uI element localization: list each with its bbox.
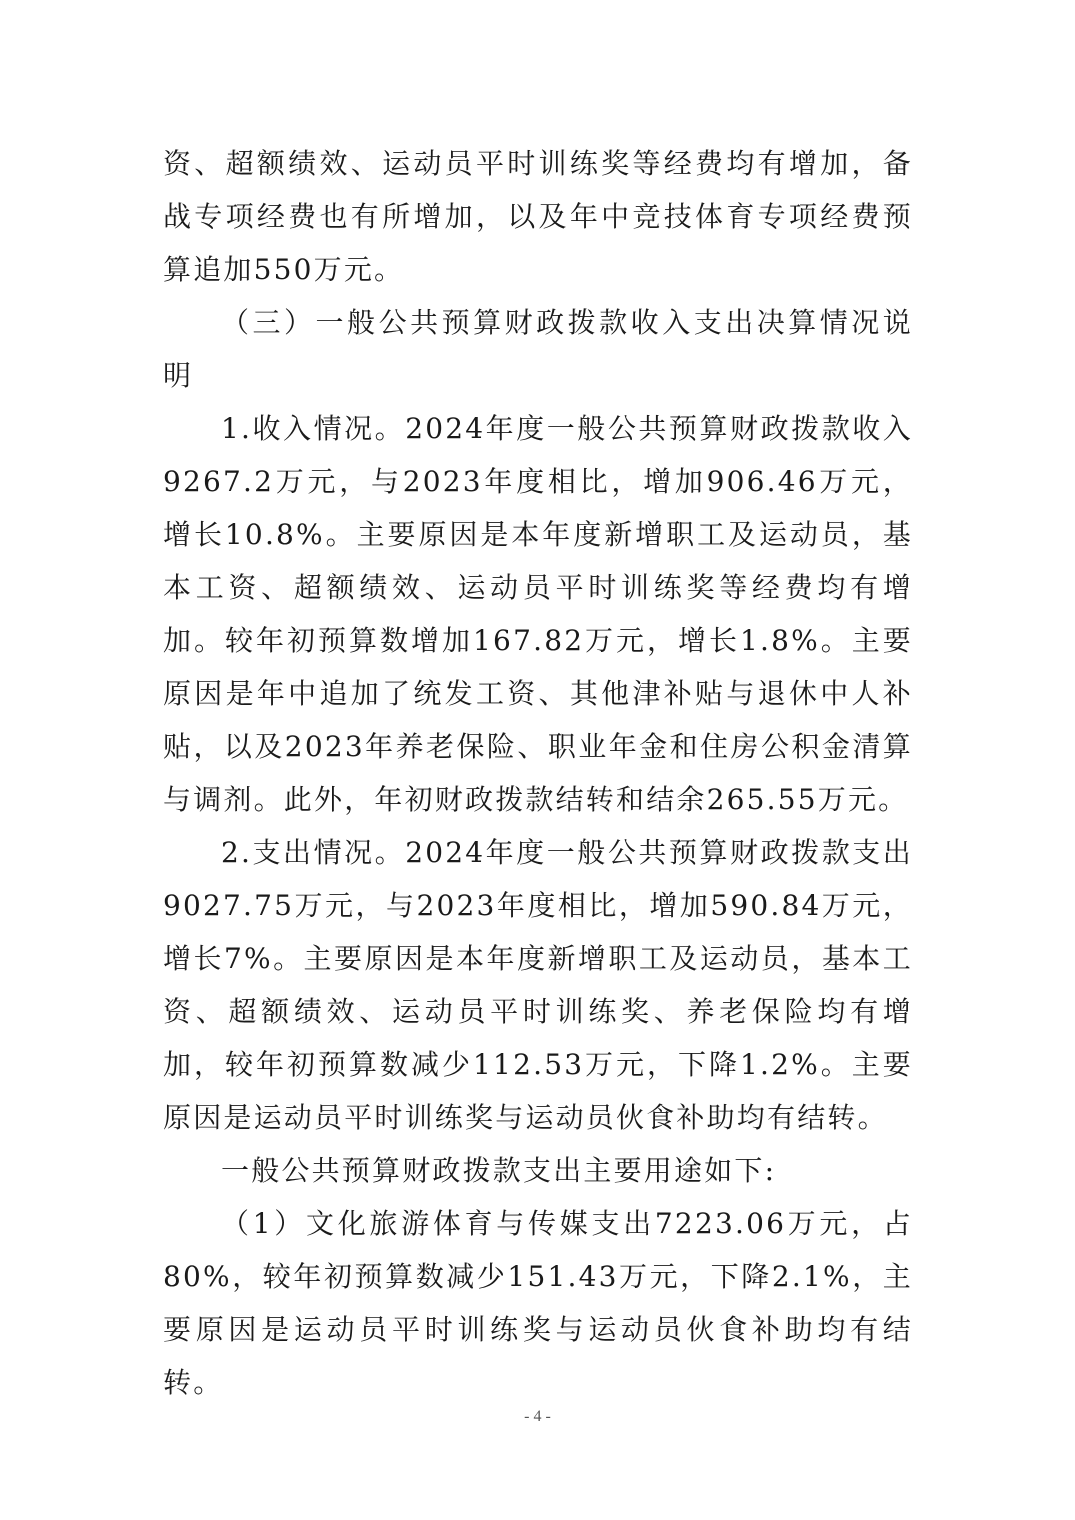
document-page: 资、超额绩效、运动员平时训练奖等经费均有增加，备战专项经费也有所增加，以及年中竞… bbox=[163, 137, 913, 1409]
paragraph-income: 1.收入情况。2024年度一般公共预算财政拨款收入9267.2万元，与2023年… bbox=[163, 402, 913, 826]
paragraph-culture-sports: （1）文化旅游体育与传媒支出7223.06万元，占80%，较年初预算数减少151… bbox=[163, 1197, 913, 1409]
paragraph-continuation: 资、超额绩效、运动员平时训练奖等经费均有增加，备战专项经费也有所增加，以及年中竞… bbox=[163, 137, 913, 296]
page-number: - 4 - bbox=[0, 1408, 1075, 1426]
paragraph-expenditure: 2.支出情况。2024年度一般公共预算财政拨款支出9027.75万元，与2023… bbox=[163, 826, 913, 1144]
paragraph-main-uses: 一般公共预算财政拨款支出主要用途如下: bbox=[163, 1144, 913, 1197]
section-heading: （三）一般公共预算财政拨款收入支出决算情况说明 bbox=[163, 296, 913, 402]
